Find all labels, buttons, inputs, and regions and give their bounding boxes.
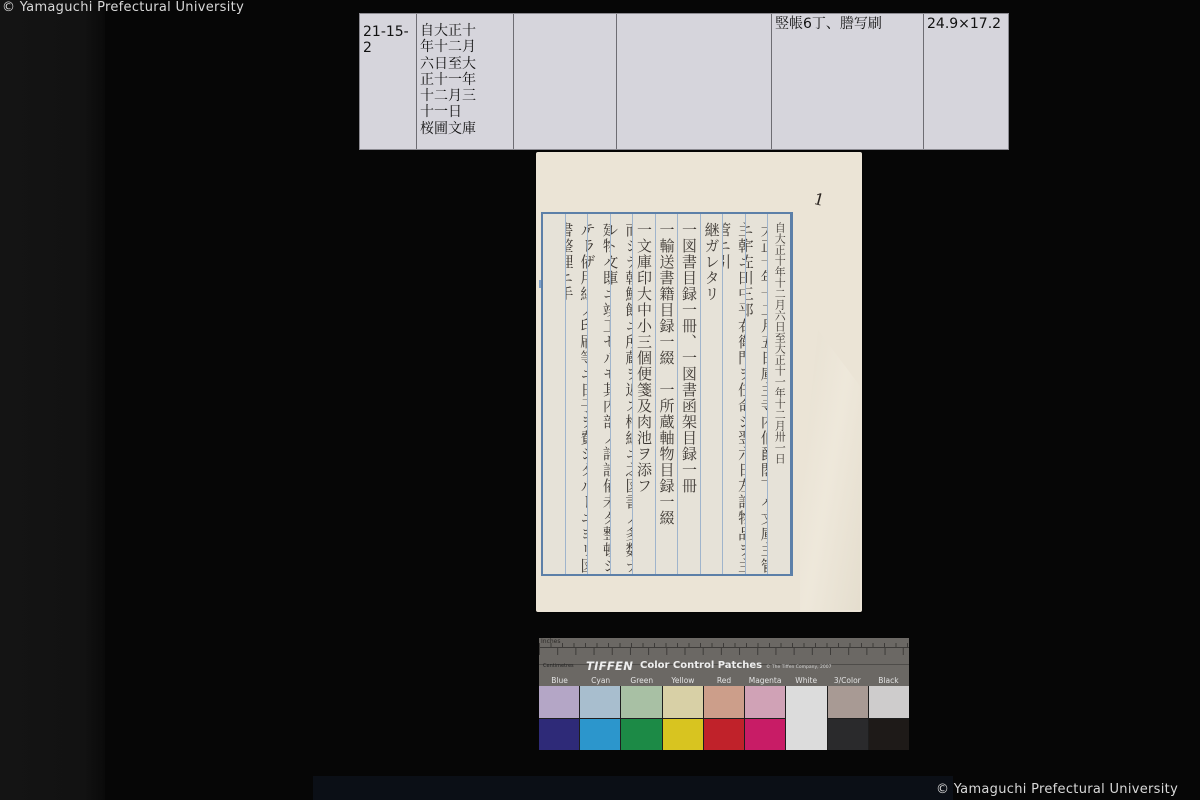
patch-3-color-light (828, 686, 868, 718)
catalog-form: 竪帳6丁、謄写刷 (772, 14, 924, 149)
manuscript-column: 大正十年十二月五日庫主寺内伯爵閣下ハ文庫主管ニ宇佐川三郎 (745, 214, 768, 574)
color-patches (539, 686, 909, 750)
patch-label: 3/Color (827, 676, 868, 686)
patch-label: Magenta (745, 676, 786, 686)
manuscript-text: 自大正十年十二月六日至大正十一年十二月卅一日 (768, 222, 790, 574)
manuscript-text: 而シテ朝鮮館ニ所蔵ヲ返ス格納ニ之図書ノ多数ナルト文庫 (610, 222, 633, 574)
patch-magenta-light (745, 686, 785, 718)
patch-cyan-dark (580, 719, 620, 751)
manuscript-grid: 自大正十年十二月六日至大正十一年十二月卅一日 大正十年十二月五日庫主寺内伯爵閣下… (541, 212, 793, 576)
patch-label: White (786, 676, 827, 686)
patch-red-dark (704, 719, 744, 751)
patch-3-color-dark (828, 719, 868, 751)
manuscript-column: 建物ハ既ニ竣工セルモ其内部ノ諸設備未ダ整頓シテラザ (587, 214, 610, 574)
patch-label: Black (868, 676, 909, 686)
patch-yellow-dark (663, 719, 703, 751)
patch-label: Cyan (580, 676, 621, 686)
chart-copyright: © The Tiffen Company, 2007 (766, 665, 831, 670)
copyright-watermark-bottom: © Yamaguchi Prefectural University (936, 782, 1178, 797)
manuscript-text: 一輸送書籍目録一綴 一所蔵軸物目録一綴 (656, 222, 678, 574)
patch-black-light (869, 686, 909, 718)
patch-labels: Blue Cyan Green Yellow Red Magenta White… (539, 676, 909, 686)
manuscript-text: 一文庫印大中小三個便箋及肉池ヲ添フ (633, 222, 655, 574)
manuscript-text: 建物ハ既ニ竣工セルモ其内部ノ諸設備未ダ整頓シテラザ (587, 222, 610, 574)
patch-magenta-dark (745, 719, 785, 751)
copyright-watermark-top: © Yamaguchi Prefectural University (2, 0, 244, 15)
centimetres-label: Centimetres (543, 663, 574, 669)
catalog-date-title: 自大正十 年十二月 六日至大 正十一年 十二月三 十一日 桜圃文庫 (417, 14, 514, 149)
manuscript-column: 而シテ朝鮮館ニ所蔵ヲ返ス格納ニ之図書ノ多数ナルト文庫 (610, 214, 633, 574)
patch-green-dark (621, 719, 661, 751)
manuscript-column: ルト備用紙ノ印刷等ニ日子ヲ費シタルトニヨリ図書整理ニ手 (565, 214, 588, 574)
manuscript-column: 一文庫印大中小三個便箋及肉池ヲ添フ (632, 214, 655, 574)
manuscript-text: ルト備用紙ノ印刷等ニ日子ヲ費シタルトニヨリ図書整理ニ手 (565, 222, 588, 574)
manuscript-column: 一図書目録一冊、一図書函架目録一冊 (677, 214, 700, 574)
bottom-plate (313, 776, 953, 800)
manuscript-column: 継ガレタリ (700, 214, 723, 574)
patch-label: Green (621, 676, 662, 686)
manuscript-column: 一輸送書籍目録一綴 一所蔵軸物目録一綴 (655, 214, 678, 574)
inches-label: Inches (541, 638, 561, 645)
patch-cyan-light (580, 686, 620, 718)
manuscript-text: 一図書目録一冊、一図書函架目録一冊 (678, 222, 700, 574)
patch-label: Blue (539, 676, 580, 686)
manuscript-column (543, 214, 565, 574)
manuscript-text: 継ガレタリ (701, 222, 723, 574)
patch-label: Yellow (662, 676, 703, 686)
color-control-chart: Inches Centimetres TIFFEN Color Control … (539, 638, 909, 750)
patch-green-light (621, 686, 661, 718)
patch-yellow-light (663, 686, 703, 718)
catalog-recipient (617, 14, 772, 149)
manuscript-column: 自大正十年十二月六日至大正十一年十二月卅一日 (767, 214, 790, 574)
patch-blue-dark (539, 719, 579, 751)
manuscript-text: 主幹ニ田中平右衛門ヲ任命シ翌六日左記物品ヲ主管ニ引 (722, 222, 745, 574)
background-shadow-band (0, 0, 105, 800)
patch-white-light (786, 686, 826, 750)
catalog-author (514, 14, 617, 149)
chart-title: Color Control Patches (640, 660, 762, 671)
catalog-size: 24.9×17.2 (924, 14, 1008, 149)
catalog-label-table: 21-15-2 自大正十 年十二月 六日至大 正十一年 十二月三 十一日 桜圃文… (359, 13, 1009, 150)
tiffen-logo: TIFFEN (586, 659, 633, 673)
patch-blue-light (539, 686, 579, 718)
patch-black-dark (869, 719, 909, 751)
patch-label: Red (703, 676, 744, 686)
manuscript-text: 大正十年十二月五日庫主寺内伯爵閣下ハ文庫主管ニ宇佐川三郎 (745, 222, 768, 574)
cm-scale (539, 647, 909, 655)
catalog-id: 21-15-2 (360, 14, 417, 149)
patch-red-light (704, 686, 744, 718)
manuscript-column: 主幹ニ田中平右衛門ヲ任命シ翌六日左記物品ヲ主管ニ引 (722, 214, 745, 574)
